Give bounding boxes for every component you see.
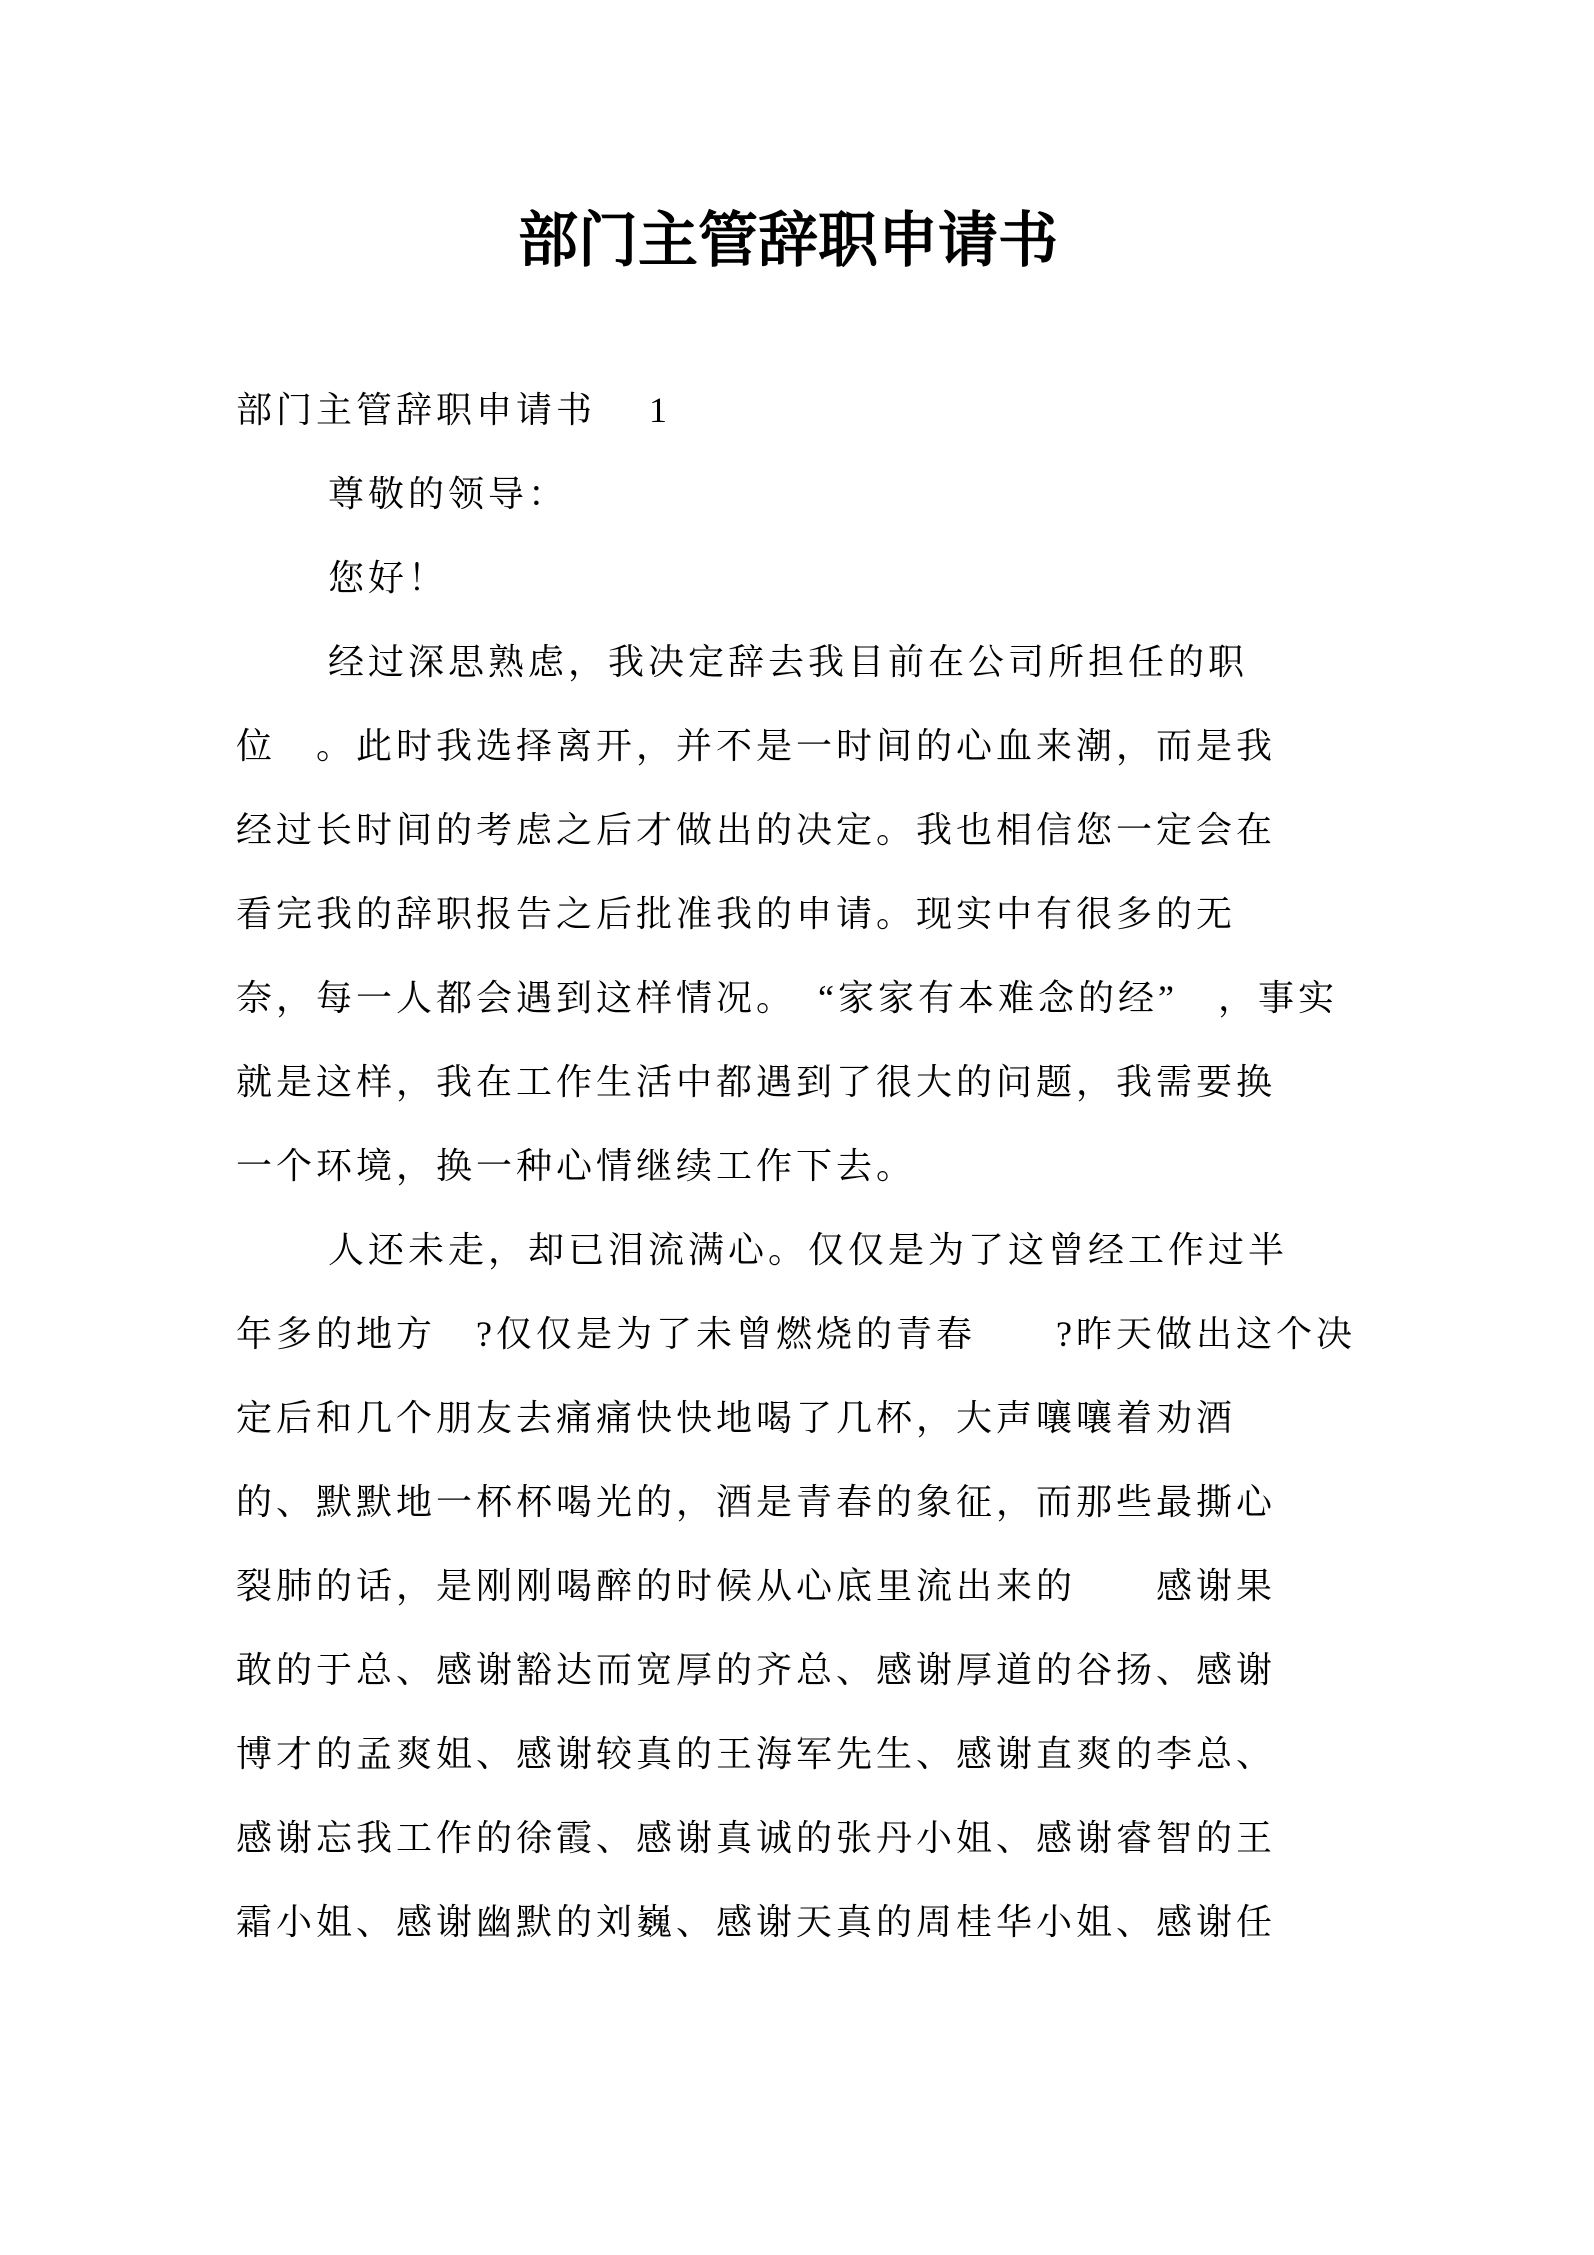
text-line: 经过长时间的考虑之后才做出的决定。我也相信您一定会在 bbox=[236, 788, 1340, 872]
text-line: 定后和几个朋友去痛痛快快地喝了几杯，大声嚷嚷着劝酒 bbox=[236, 1376, 1340, 1460]
text-line: 裂肺的话，是刚刚喝醉的时候从心底里流出来的 感谢果 bbox=[236, 1544, 1340, 1628]
text-line: 人还未走，却已泪流满心。仅仅是为了这曾经工作过半 bbox=[236, 1208, 1340, 1292]
text-line: 部门主管辞职申请书 1 bbox=[236, 368, 1340, 452]
text-line: 尊敬的领导： bbox=[236, 452, 1340, 536]
text-line: 奈，每一人都会遇到这样情况。 “家家有本难念的经” ，事实 bbox=[236, 956, 1340, 1040]
text-line: 霜小姐、感谢幽默的刘巍、感谢天真的周桂华小姐、感谢任 bbox=[236, 1880, 1340, 1964]
text-line: 感谢忘我工作的徐霞、感谢真诚的张丹小姐、感谢睿智的王 bbox=[236, 1796, 1340, 1880]
text-line: 敢的于总、感谢豁达而宽厚的齐总、感谢厚道的谷扬、感谢 bbox=[236, 1628, 1340, 1712]
text-line: 看完我的辞职报告之后批准我的申请。现实中有很多的无 bbox=[236, 872, 1340, 956]
text-line: 博才的孟爽姐、感谢较真的王海军先生、感谢直爽的李总、 bbox=[236, 1712, 1340, 1796]
text-line: 就是这样，我在工作生活中都遇到了很大的问题，我需要换 bbox=[236, 1040, 1340, 1124]
text-line: 经过深思熟虑，我决定辞去我目前在公司所担任的职 bbox=[236, 620, 1340, 704]
text-line: 位 。此时我选择离开，并不是一时间的心血来潮，而是我 bbox=[236, 704, 1340, 788]
text-line: 的、默默地一杯杯喝光的，酒是青春的象征，而那些最撕心 bbox=[236, 1460, 1340, 1544]
text-line: 您好！ bbox=[236, 536, 1340, 620]
document-page: 部门主管辞职申请书 部门主管辞职申请书 1尊敬的领导：您好！经过深思熟虑，我决定… bbox=[0, 0, 1594, 2255]
text-line: 一个环境，换一种心情继续工作下去。 bbox=[236, 1124, 1340, 1208]
document-title: 部门主管辞职申请书 bbox=[236, 205, 1340, 277]
text-line: 年多的地方 ?仅仅是为了未曾燃烧的青春 ?昨天做出这个决 bbox=[236, 1292, 1340, 1376]
document-body: 部门主管辞职申请书 1尊敬的领导：您好！经过深思熟虑，我决定辞去我目前在公司所担… bbox=[236, 368, 1340, 1964]
